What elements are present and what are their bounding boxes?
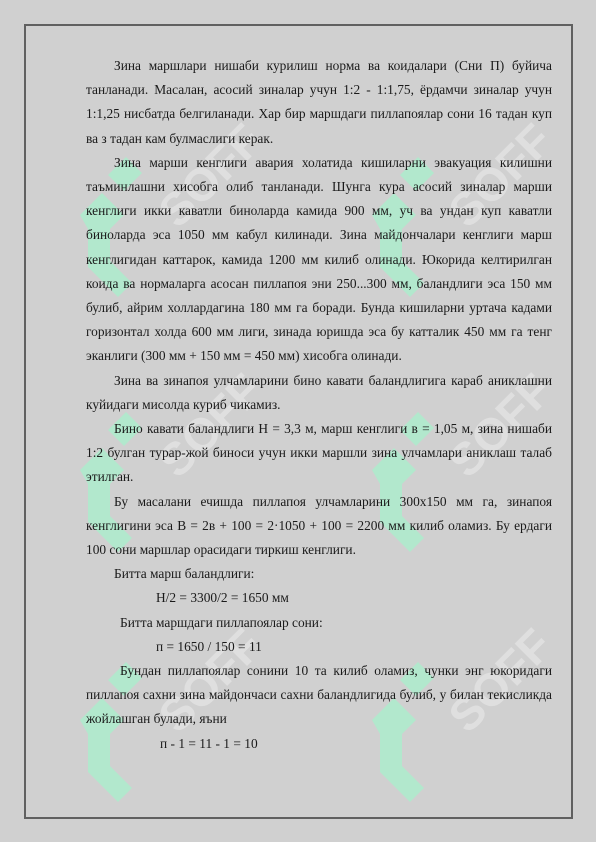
paragraph-steps-conclusion: Бундан пиллапоялар сонини 10 та килиб ол… <box>86 659 552 732</box>
paragraph-example-given: Бино кавати баландлиги Н = 3,3 м, марш к… <box>86 417 552 490</box>
formula-flight-height: Н/2 = 3300/2 = 1650 мм <box>86 586 552 610</box>
formula-steps-count: п = 1650 / 150 = 11 <box>86 635 552 659</box>
document-body: Зина маршлари нишаби курилиш норма ва ко… <box>86 54 552 756</box>
paragraph-stair-width: Зина марши кенглиги авария холатида киши… <box>86 151 552 369</box>
label-flight-height: Битта марш баландлиги: <box>86 562 552 586</box>
label-steps-count: Битта маршдаги пиллапоялар сони: <box>86 611 552 635</box>
paragraph-stair-slope: Зина маршлари нишаби курилиш норма ва ко… <box>86 54 552 151</box>
paragraph-solution: Бу масалани ечишда пиллапоя улчамларини … <box>86 490 552 563</box>
paragraph-example-intro: Зина ва зинапоя улчамларини бино кавати … <box>86 369 552 417</box>
formula-steps-final: п - 1 = 11 - 1 = 10 <box>86 732 552 756</box>
